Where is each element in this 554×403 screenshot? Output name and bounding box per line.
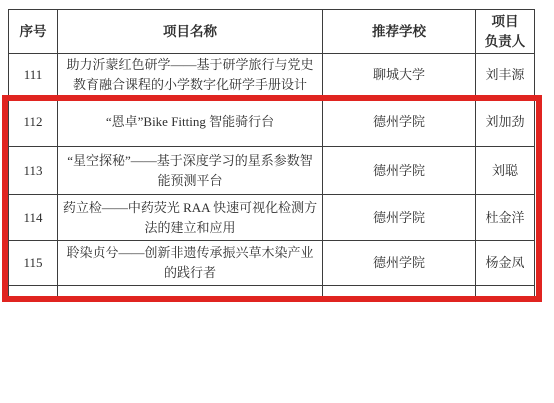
header-project-name: 项目名称 [58,10,323,54]
cell-school: 德州学院 [323,195,476,241]
cell-project-name: “星空探秘”——基于深度学习的星系参数智能预测平台 [58,147,323,195]
cell-project-name: “恩卓”Bike Fitting 智能骑行台 [58,97,323,147]
cell-serial-number: 111 [9,54,58,97]
table-row: 111 助力沂蒙红色研学——基于研学旅行与党史教育融合课程的小学数字化研学手册设… [9,54,535,97]
cell-leader: 杜金洋 [476,195,535,241]
cell-serial-number: 113 [9,147,58,195]
table-row-partial [9,286,535,301]
header-project-leader: 项目 负责人 [476,10,535,54]
cell-school: 德州学院 [323,97,476,147]
cell-serial-number: 114 [9,195,58,241]
cell-leader: 刘加劲 [476,97,535,147]
table-row: 112 “恩卓”Bike Fitting 智能骑行台 德州学院 刘加劲 [9,97,535,147]
cell-project-name: 药立检——中药荧光 RAA 快速可视化检测方法的建立和应用 [58,195,323,241]
table-header-row: 序号 项目名称 推荐学校 项目 负责人 [9,10,535,54]
cell-school: 德州学院 [323,241,476,286]
cell-leader: 刘聪 [476,147,535,195]
header-recommending-school: 推荐学校 [323,10,476,54]
project-table: 序号 项目名称 推荐学校 项目 负责人 111 助力沂蒙红色研学——基于研学旅行… [8,9,535,301]
document-page: 序号 项目名称 推荐学校 项目 负责人 111 助力沂蒙红色研学——基于研学旅行… [0,0,554,403]
cell-leader: 杨金凤 [476,241,535,286]
table-row: 114 药立检——中药荧光 RAA 快速可视化检测方法的建立和应用 德州学院 杜… [9,195,535,241]
cell-project-name: 助力沂蒙红色研学——基于研学旅行与党史教育融合课程的小学数字化研学手册设计 [58,54,323,97]
table-row: 115 聆染贞兮——创新非遗传承振兴草木染产业的践行者 德州学院 杨金凤 [9,241,535,286]
header-serial-number: 序号 [9,10,58,54]
cell-serial-number: 112 [9,97,58,147]
cell-serial-number: 115 [9,241,58,286]
cell-school: 德州学院 [323,147,476,195]
cell-leader: 刘丰源 [476,54,535,97]
cell-school: 聊城大学 [323,54,476,97]
cell-project-name: 聆染贞兮——创新非遗传承振兴草木染产业的践行者 [58,241,323,286]
table-row: 113 “星空探秘”——基于深度学习的星系参数智能预测平台 德州学院 刘聪 [9,147,535,195]
